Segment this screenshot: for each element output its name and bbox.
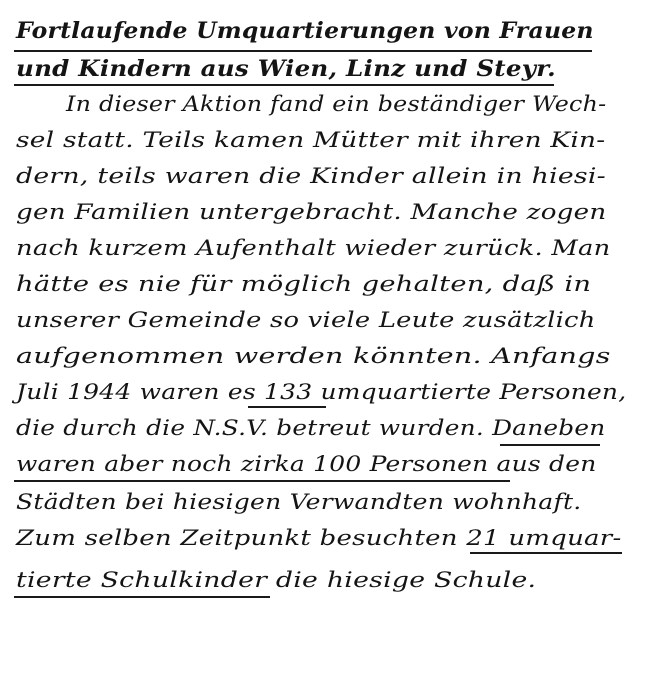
body-line-1: In dieser Aktion fand ein beständiger We… [66, 92, 606, 116]
body-line-13: Zum selben Zeitpunkt besuchten 21 umquar… [16, 526, 621, 550]
body-line-9: Juli 1944 waren es 133 umquartierte Pers… [16, 380, 626, 404]
body-line-4: gen Familien untergebracht. Manche zogen [16, 200, 606, 224]
body-line-8: aufgenommen werden könnten. Anfangs [16, 344, 611, 368]
underline-schulkinder [14, 596, 270, 598]
underline-daneben [500, 444, 600, 446]
title-underline-2 [14, 84, 554, 86]
handwritten-page: Fortlaufende Umquartierungen von Frauen … [0, 0, 654, 681]
body-line-11: waren aber noch zirka 100 Personen aus d… [16, 452, 597, 476]
title-line-2: und Kindern aus Wien, Linz und Steyr. [16, 56, 556, 82]
body-line-3: dern, teils waren die Kinder allein in h… [16, 164, 606, 188]
title-line-1: Fortlaufende Umquartierungen von Frauen [16, 18, 594, 44]
body-line-2: sel statt. Teils kamen Mütter mit ihren … [16, 128, 605, 152]
body-line-5: nach kurzem Aufenthalt wieder zurück. Ma… [16, 236, 610, 260]
underline-133 [248, 406, 326, 408]
body-line-10: die durch die N.S.V. betreut wurden. Dan… [16, 416, 605, 440]
body-line-12: Städten bei hiesigen Verwandten wohnhaft… [16, 490, 581, 514]
underline-21-umquar [470, 552, 622, 554]
body-line-14: tierte Schulkinder die hiesige Schule. [16, 568, 536, 592]
underline-100-personen [14, 480, 510, 482]
body-line-7: unserer Gemeinde so viele Leute zusätzli… [16, 308, 596, 332]
title-underline-1 [14, 50, 592, 52]
body-line-6: hätte es nie für möglich gehalten, daß i… [16, 272, 591, 296]
